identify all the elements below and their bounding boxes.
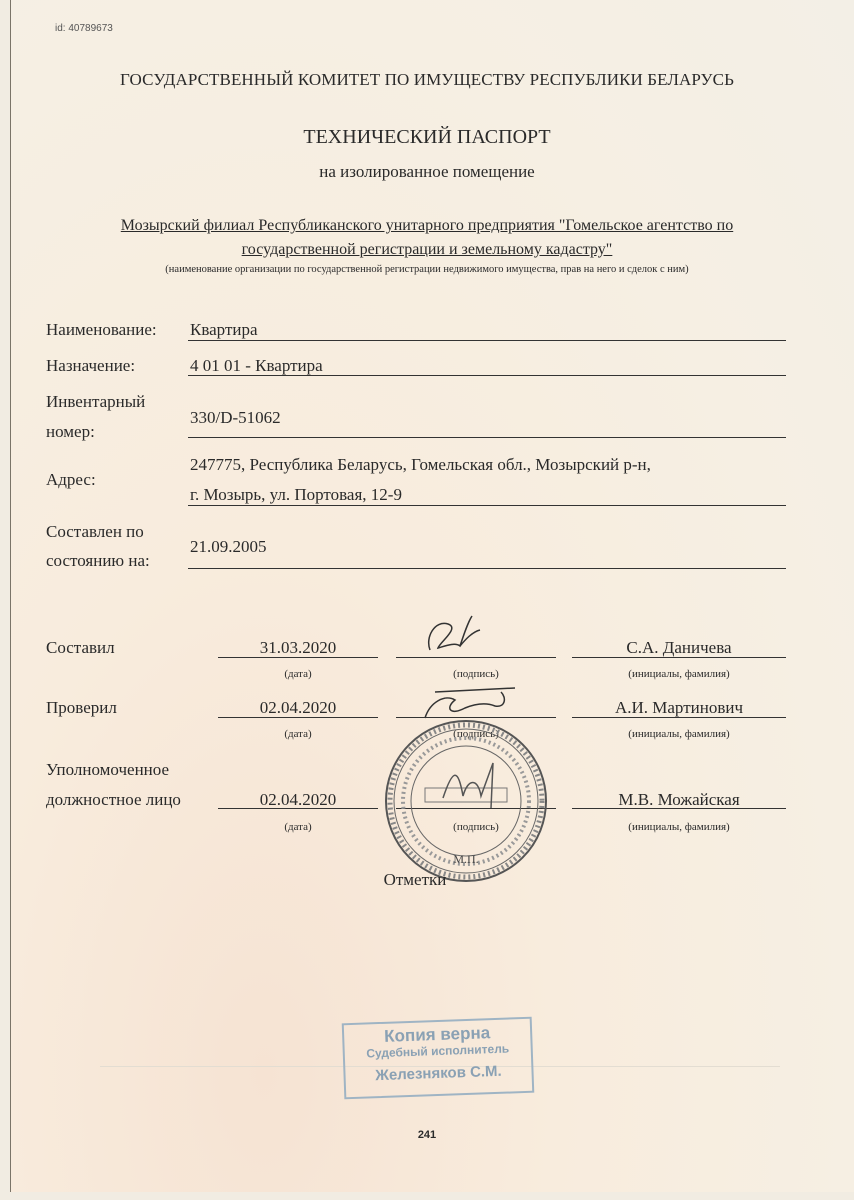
checked-name-line: [572, 717, 786, 718]
name-caption: (инициалы, фамилия): [572, 668, 786, 680]
checked-date-line: [218, 717, 378, 718]
address-value-2: г. Мозырь, ул. Портовая, 12-9: [190, 485, 402, 505]
authorized-date: 02.04.2020: [218, 790, 378, 810]
name-caption-2: (инициалы, фамилия): [572, 728, 786, 740]
as-of-label-1: Составлен по: [46, 522, 144, 542]
as-of-label-2: состоянию на:: [46, 551, 150, 571]
name-underline: [188, 340, 786, 341]
date-caption-2: (дата): [218, 728, 378, 740]
organization-line-1: Мозырский филиал Республиканского унитар…: [0, 217, 854, 235]
inventory-value: 330/D-51062: [190, 408, 281, 428]
as-of-value: 21.09.2005: [190, 537, 267, 557]
signature-danicheva-icon: [420, 612, 490, 660]
checked-name: А.И. Мартинович: [572, 698, 786, 718]
name-value: Квартира: [190, 320, 258, 340]
address-value-1: 247775, Республика Беларусь, Гомельская …: [190, 455, 651, 475]
remarks-heading: Отметки: [0, 870, 830, 890]
authorized-label-2: должностное лицо: [46, 790, 181, 810]
svg-text:М.П.: М.П.: [453, 852, 478, 866]
compiled-name: С.А. Даничева: [572, 638, 786, 658]
checked-date: 02.04.2020: [218, 698, 378, 718]
as-of-underline: [188, 568, 786, 569]
document-subtitle: на изолированное помещение: [0, 162, 854, 182]
date-caption: (дата): [218, 668, 378, 680]
inventory-label-1: Инвентарный: [46, 392, 145, 412]
page-number: 241: [0, 1129, 854, 1141]
address-label: Адрес:: [46, 470, 96, 490]
name-caption-3: (инициалы, фамилия): [572, 821, 786, 833]
compiled-name-line: [572, 657, 786, 658]
document-title: ТЕХНИЧЕСКИЙ ПАСПОРТ: [0, 126, 854, 149]
organization-note: (наименование организации по государстве…: [0, 264, 854, 275]
authorized-date-line: [218, 808, 378, 809]
compiled-by-label: Составил: [46, 638, 115, 658]
document-id: id: 40789673: [55, 23, 113, 34]
organization-line-2: государственной регистрации и земельному…: [0, 241, 854, 259]
official-seal-icon: М.П.: [383, 718, 549, 884]
authorized-label-1: Уполномоченное: [46, 760, 169, 780]
copy-certified-stamp: Копия верна Судебный исполнитель Железня…: [342, 1017, 535, 1100]
name-label: Наименование:: [46, 320, 157, 340]
inventory-label-2: номер:: [46, 422, 95, 442]
date-caption-3: (дата): [218, 821, 378, 833]
compiled-date-line: [218, 657, 378, 658]
purpose-label: Назначение:: [46, 356, 135, 376]
compiled-date: 31.03.2020: [218, 638, 378, 658]
committee-heading: ГОСУДАРСТВЕННЫЙ КОМИТЕТ ПО ИМУЩЕСТВУ РЕС…: [0, 70, 854, 90]
purpose-value: 4 01 01 - Квартира: [190, 356, 323, 376]
inventory-underline: [188, 437, 786, 438]
address-underline: [188, 505, 786, 506]
purpose-underline: [188, 375, 786, 376]
authorized-name-line: [572, 808, 786, 809]
checked-by-label: Проверил: [46, 698, 117, 718]
authorized-name: М.В. Можайская: [572, 790, 786, 810]
stamp-line-3: Железняков С.М.: [345, 1063, 531, 1086]
